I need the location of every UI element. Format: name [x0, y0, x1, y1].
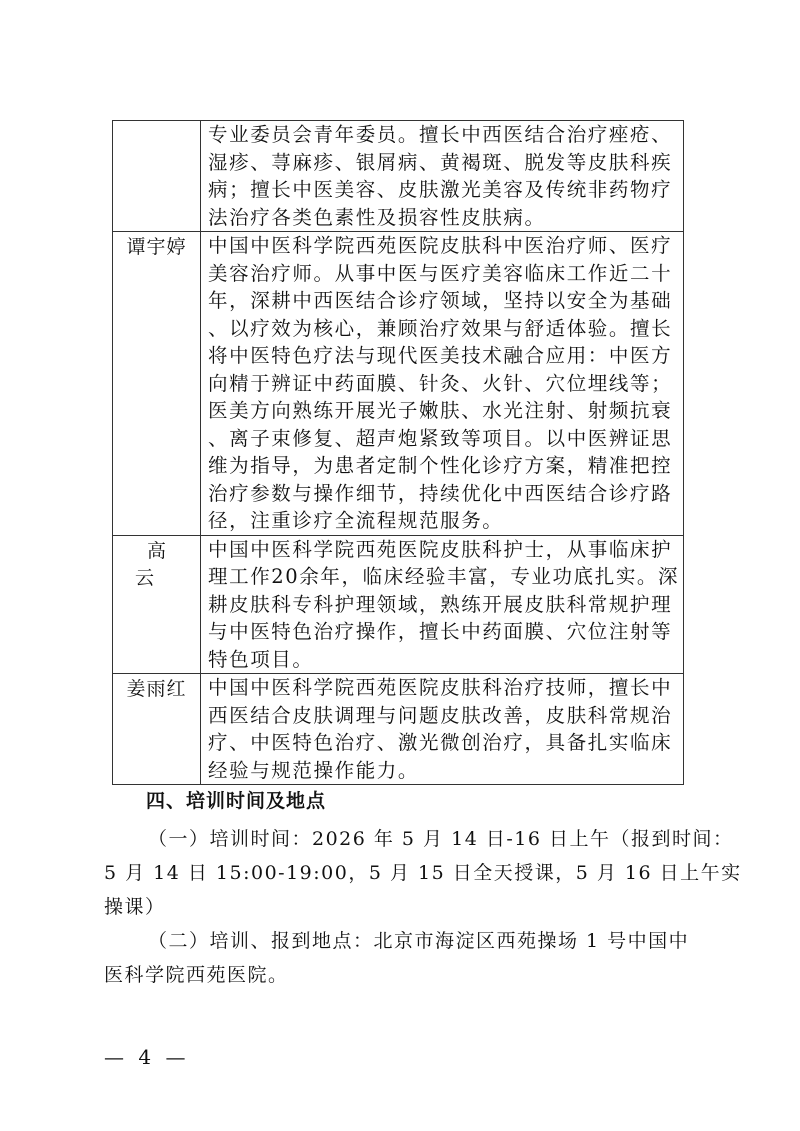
description-line: 中国中医科学院西苑医院皮肤科中医治疗师、医疗	[208, 232, 677, 260]
description-line: 疗、中医特色治疗、激光微创治疗，具备扎实临床	[208, 729, 677, 757]
staff-name: 高云	[123, 540, 190, 589]
staff-description-cell: 中国中医科学院西苑医院皮肤科治疗技师，擅长中 西医结合皮肤调理与问题皮肤改善，皮…	[201, 674, 684, 785]
description-line: 湿疹、荨麻疹、银屑病、黄褐斑、脱发等皮肤科疾	[208, 149, 677, 177]
description-line: 西医结合皮肤调理与问题皮肤改善，皮肤科常规治	[208, 702, 677, 730]
description-line: 专业委员会青年委员。擅长中西医结合治疗痤疮、	[208, 121, 677, 149]
staff-description-cell: 中国中医科学院西苑医院皮肤科中医治疗师、医疗 美容治疗师。从事中医与医疗美容临床…	[201, 232, 684, 536]
description-line: 美容治疗师。从事中医与医疗美容临床工作近二十	[208, 260, 677, 288]
table-row: 姜雨红 中国中医科学院西苑医院皮肤科治疗技师，擅长中 西医结合皮肤调理与问题皮肤…	[113, 674, 684, 785]
description-line: 病；擅长中医美容、皮肤激光美容及传统非药物疗	[208, 176, 677, 204]
description-line: 法治疗各类色素性及损容性皮肤病。	[208, 204, 677, 232]
description-line: 治疗参数与操作细节，持续优化中西医结合诊疗路	[208, 480, 677, 508]
description-line: 医美方向熟练开展光子嫩肤、水光注射、射频抗衰	[208, 397, 677, 425]
paragraph-line: 5 月 14 日 15:00-19:00，5 月 15 日全天授课，5 月 16…	[104, 856, 700, 890]
paragraph-line: 医科学院西苑医院。	[104, 958, 700, 992]
description-line: 经验与规范操作能力。	[208, 757, 677, 785]
staff-name-cell: 高云	[113, 535, 201, 674]
description-line: 、以疗效为核心，兼顾治疗效果与舒适体验。擅长	[208, 315, 677, 343]
training-location-paragraph: （二）培训、报到地点：北京市海淀区西苑操场 1 号中国中 医科学院西苑医院。	[104, 924, 700, 992]
description-line: 将中医特色疗法与现代医美技术融合应用：中医方	[208, 342, 677, 370]
paragraph-line: （一）培训时间：2026 年 5 月 14 日-16 日上午（报到时间：	[104, 822, 700, 856]
description-line: 中国中医科学院西苑医院皮肤科护士，从事临床护	[208, 536, 677, 564]
description-line: 、离子束修复、超声炮紧致等项目。以中医辨证思	[208, 425, 677, 453]
training-time-paragraph: （一）培训时间：2026 年 5 月 14 日-16 日上午（报到时间： 5 月…	[104, 822, 700, 924]
description-line: 年，深耕中西医结合诊疗领域，坚持以安全为基础	[208, 287, 677, 315]
staff-name-cell: 姜雨红	[113, 674, 201, 785]
description-line: 向精于辨证中药面膜、针灸、火针、穴位埋线等；	[208, 370, 677, 398]
page-number: — 4 —	[104, 1045, 189, 1069]
section-heading: 四、培训时间及地点	[146, 786, 326, 813]
description-line: 径，注重诊疗全流程规范服务。	[208, 507, 677, 535]
description-line: 与中医特色治疗操作，擅长中药面膜、穴位注射等	[208, 618, 677, 646]
table-row: 高云 中国中医科学院西苑医院皮肤科护士，从事临床护 理工作20余年，临床经验丰富…	[113, 535, 684, 674]
staff-name-cell: 谭宇婷	[113, 232, 201, 536]
paragraph-line: 操课）	[104, 890, 700, 924]
staff-name: 姜雨红	[126, 678, 186, 700]
description-line: 中国中医科学院西苑医院皮肤科治疗技师，擅长中	[208, 674, 677, 702]
paragraph-line: （二）培训、报到地点：北京市海淀区西苑操场 1 号中国中	[104, 924, 700, 958]
staff-description-cell: 中国中医科学院西苑医院皮肤科护士，从事临床护 理工作20余年，临床经验丰富，专业…	[201, 535, 684, 674]
table-row: 谭宇婷 中国中医科学院西苑医院皮肤科中医治疗师、医疗 美容治疗师。从事中医与医疗…	[113, 232, 684, 536]
staff-table: 专业委员会青年委员。擅长中西医结合治疗痤疮、 湿疹、荨麻疹、银屑病、黄褐斑、脱发…	[112, 120, 684, 785]
description-line: 维为指导，为患者定制个性化诊疗方案，精准把控	[208, 452, 677, 480]
staff-name-cell	[113, 121, 201, 232]
description-line: 理工作20余年，临床经验丰富，专业功底扎实。深	[208, 563, 677, 591]
staff-name: 谭宇婷	[126, 236, 186, 258]
description-line: 耕皮肤科专科护理领域，熟练开展皮肤科常规护理	[208, 591, 677, 619]
staff-description-cell: 专业委员会青年委员。擅长中西医结合治疗痤疮、 湿疹、荨麻疹、银屑病、黄褐斑、脱发…	[201, 121, 684, 232]
document-page: 专业委员会青年委员。擅长中西医结合治疗痤疮、 湿疹、荨麻疹、银屑病、黄褐斑、脱发…	[0, 0, 800, 1131]
table-row: 专业委员会青年委员。擅长中西医结合治疗痤疮、 湿疹、荨麻疹、银屑病、黄褐斑、脱发…	[113, 121, 684, 232]
description-line: 特色项目。	[208, 646, 677, 674]
